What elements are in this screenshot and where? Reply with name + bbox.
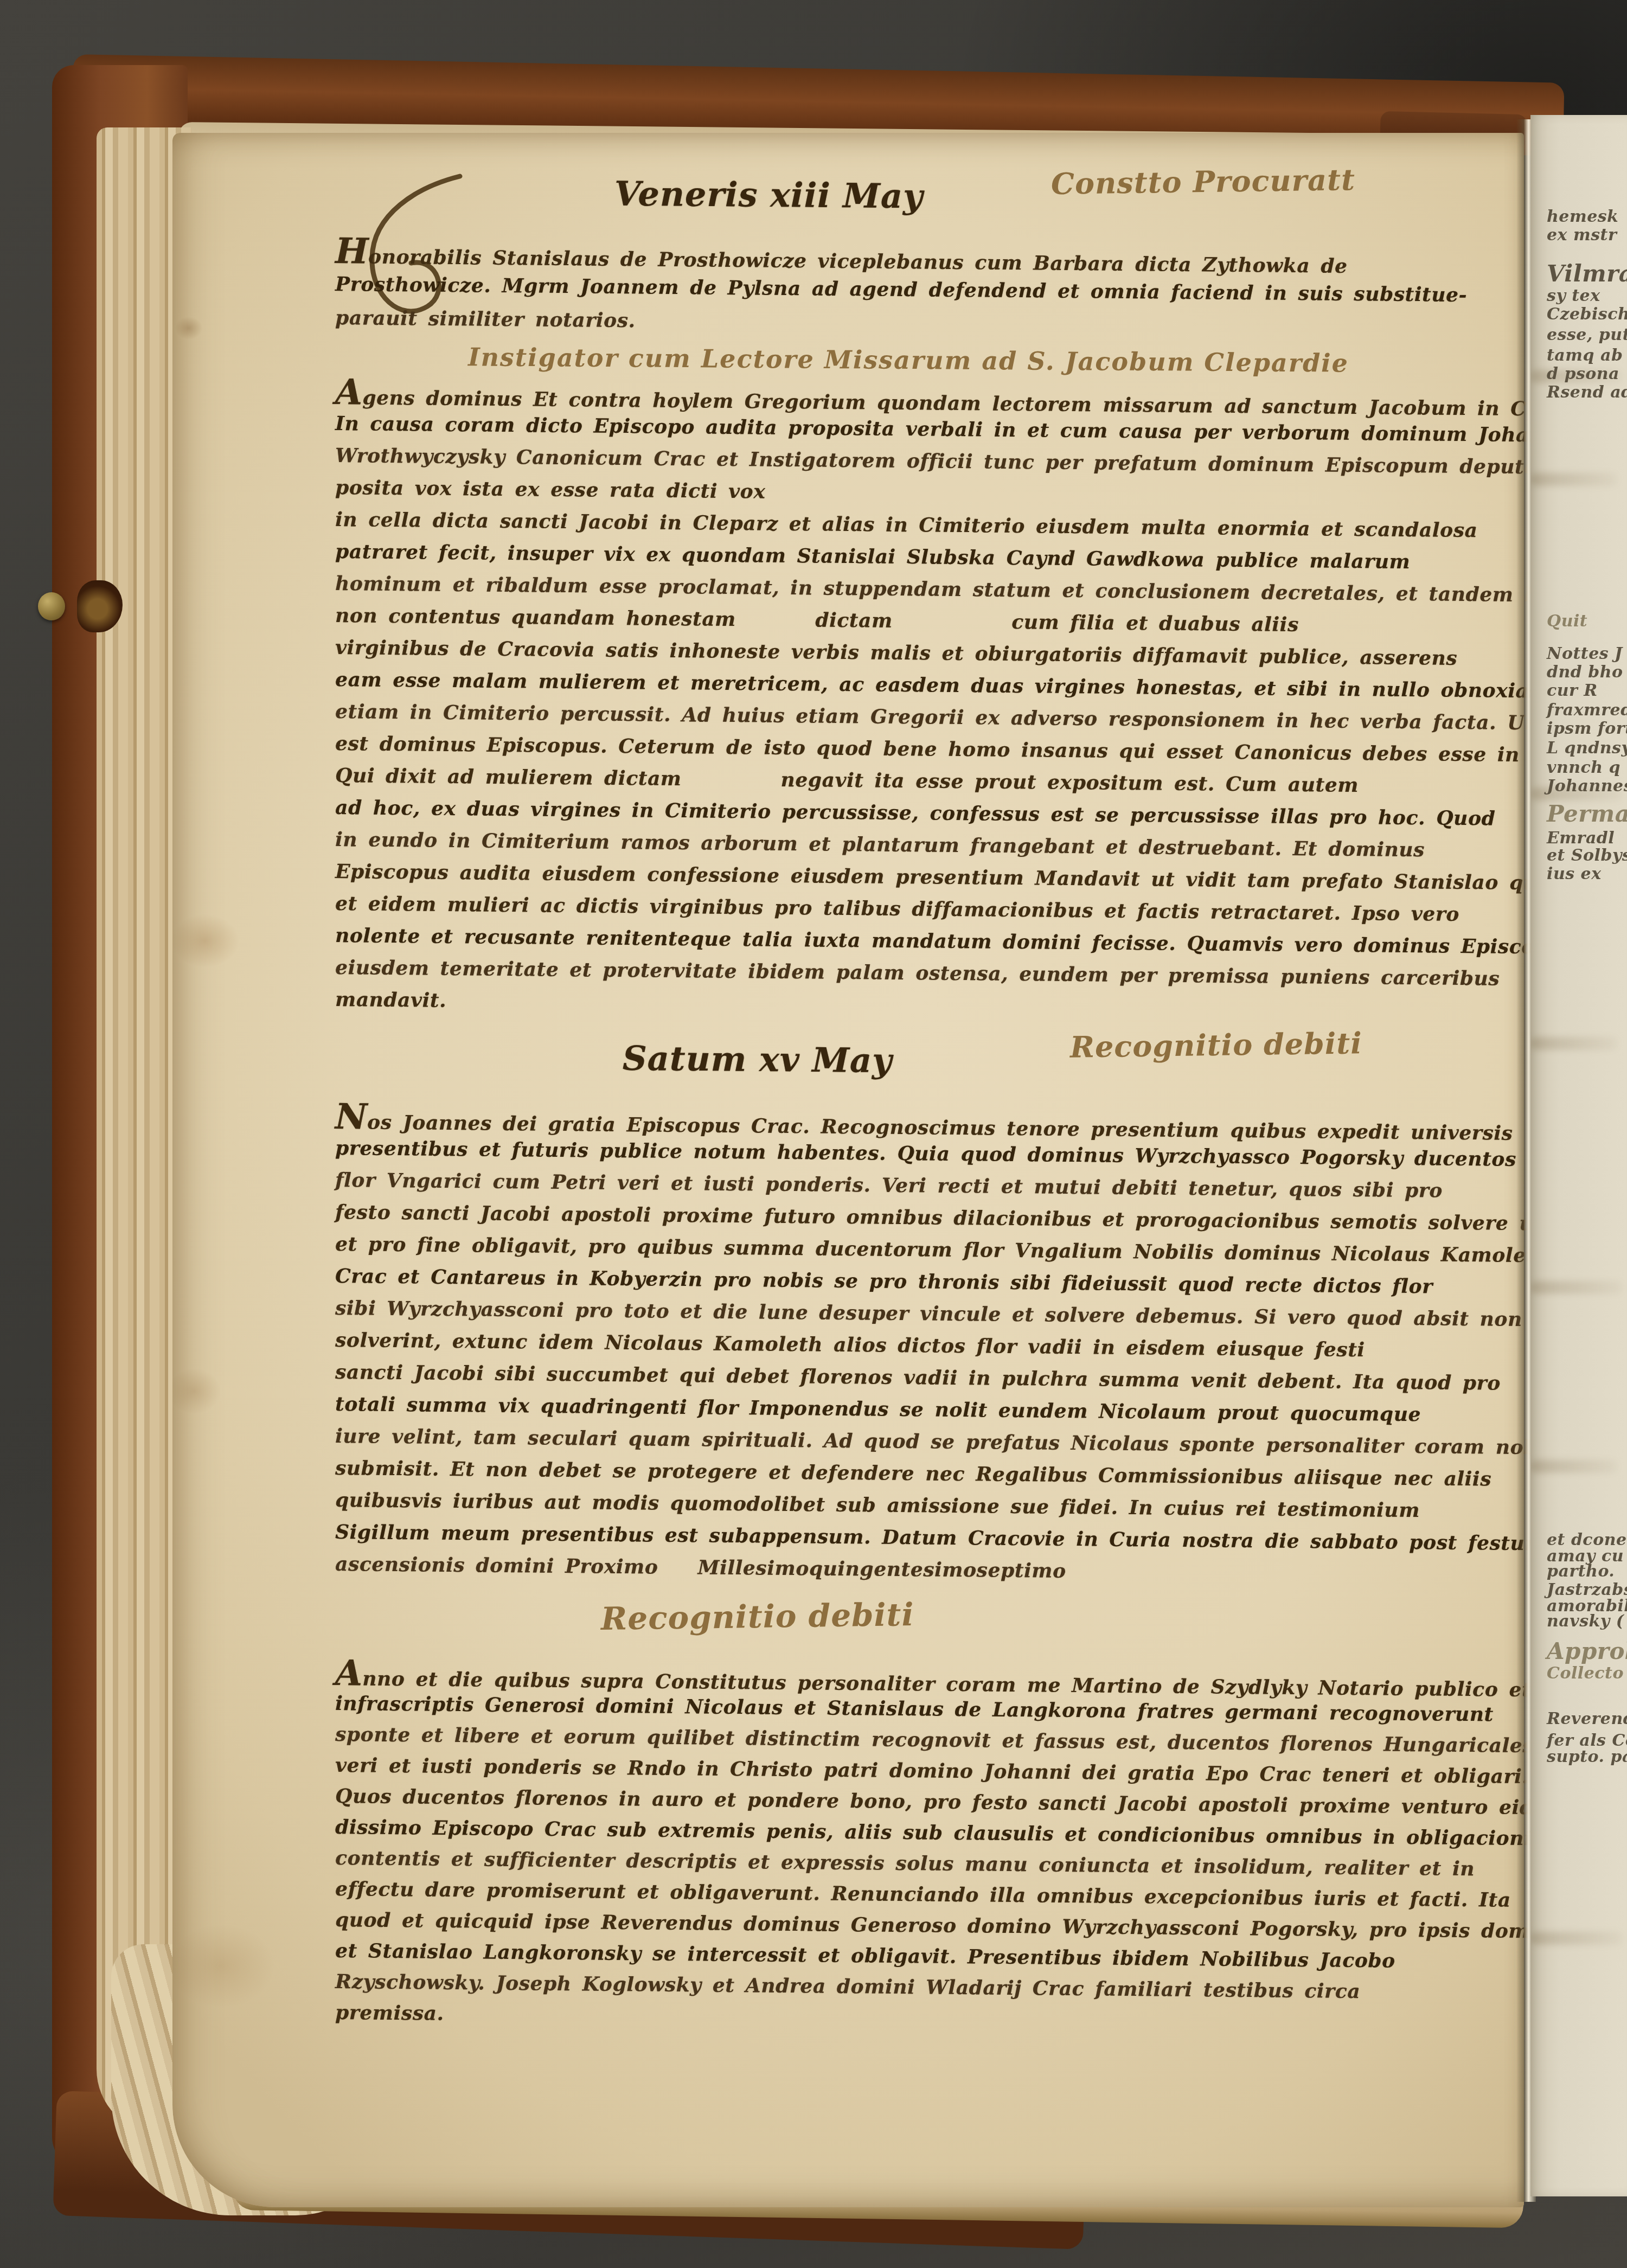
facing-page-text-fragment: Permala [1547, 800, 1627, 827]
manuscript-left-page: Veneris xiii May Constto Procuratt Honor… [172, 133, 1524, 2207]
facing-page-text-fragment: Collecto [1547, 1664, 1624, 1683]
entry1-case-subheading: Instigator cum Lectore Missarum ad S. Ja… [468, 342, 1349, 377]
facing-page-text-fragment: Emradl [1547, 829, 1615, 848]
facing-page-text-fragment: Czebische [1547, 305, 1627, 324]
entry3-body-lines: Anno et die quibus supra Constitutus per… [335, 1661, 1564, 2032]
facing-page-text-fragment: Nottes J [1547, 644, 1623, 663]
facing-page-text-fragment: esse, put [1547, 325, 1627, 344]
facing-page-text-fragment: Rsend ad [1547, 383, 1627, 402]
facing-page-text-fragment: d psona [1547, 364, 1619, 383]
facing-page-text-fragment: L qndnsy [1547, 739, 1627, 758]
facing-page-text-fragment: partho. [1547, 1562, 1615, 1581]
entry3-centered-heading: Recognitio debiti [601, 1596, 914, 1637]
entry1-date-heading: Veneris xiii May [614, 174, 924, 216]
facing-page-text-fragment: cur R [1547, 681, 1598, 700]
manuscript-photo: Veneris xiii May Constto Procuratt Honor… [0, 0, 1627, 2268]
entry1-margin-heading: Constto Procuratt [1051, 162, 1356, 201]
facing-page-text-fragment: Johannes ( [1547, 777, 1627, 796]
facing-page-text-fragment: tamq ab [1547, 346, 1623, 365]
entry2-margin-heading: Recognitio debiti [1070, 1026, 1363, 1065]
facing-page-text-fragment: vnnch q [1547, 758, 1620, 777]
facing-page-text-fragment: et Solbysse [1547, 846, 1627, 865]
facing-page-text-fragment: hemesk [1547, 207, 1618, 226]
facing-page-text-fragment: Reverendissi [1547, 1709, 1627, 1728]
clasp-brass-pin [38, 592, 65, 620]
entry2-date-heading: Satum xv May [623, 1039, 893, 1080]
entry1-body-lines: Agens dominus Et contra hoylem Gregorium… [335, 380, 1564, 1020]
facing-page-text-fragment: Approbatio [1547, 1638, 1627, 1664]
facing-page-text-fragment: ipsm fortu [1547, 719, 1627, 738]
facing-page-text-fragment: Vilmrat [1547, 260, 1627, 287]
facing-page-text-fragment: fraxmred [1547, 701, 1627, 720]
facing-page-text-fragment: Quit [1547, 612, 1587, 631]
entry1-intro-lines: Honorabilis Stanislaus de Prosthowicze v… [335, 239, 1564, 340]
facing-page-text-fragment: ius ex [1547, 864, 1602, 883]
facing-page-text-fragment: sy tex [1547, 286, 1600, 305]
facing-page-text-fragment: supto. patre [1547, 1747, 1627, 1766]
facing-page-text-fragment: navsky ( [1547, 1612, 1624, 1631]
facing-page-text-fragment: dnd bho [1547, 663, 1623, 682]
facing-page-text-fragment: ex mstr [1547, 226, 1617, 245]
entry2-body-lines: Nos Joannes dei gratia Episcopus Crac. R… [335, 1105, 1564, 1585]
facing-page-edge: hemeskex mstrVilmratsy texCzebischeesse,… [1530, 115, 1627, 2196]
